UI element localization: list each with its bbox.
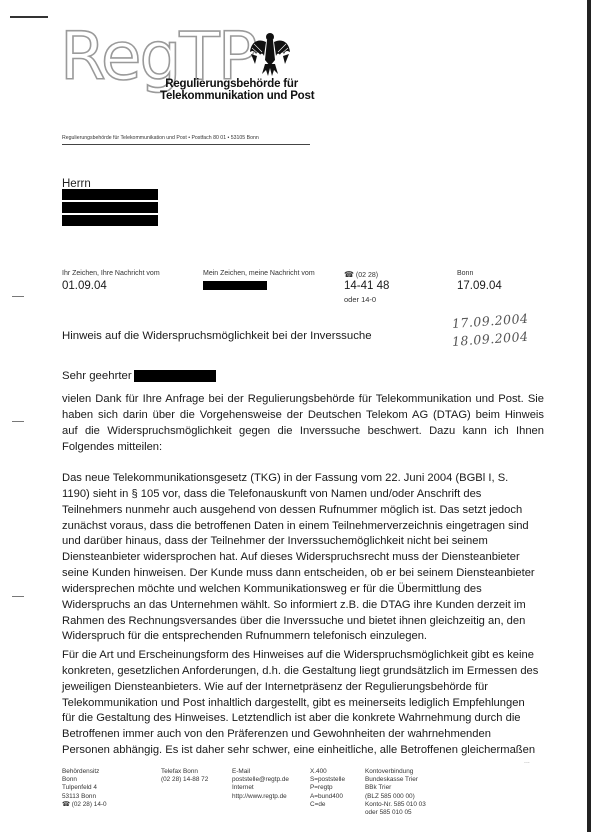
footer-line: http://www.regtp.de <box>232 793 289 801</box>
telephone-icon: ☎ <box>344 270 354 279</box>
footer-line: 53113 Bonn <box>62 793 107 801</box>
text-line: Rahmen des Rechnungsversandes über die I… <box>62 614 544 630</box>
your-reference-value: 01.09.04 <box>62 280 107 292</box>
body-paragraph-3: Für die Art und Erscheinungsform des Hin… <box>62 648 544 759</box>
footer-line: ☎ (02 28) 14-0 <box>62 801 107 809</box>
footer-column-office: BehördensitzBonnTulpenfeld 453113 Bonn☎ … <box>62 768 107 809</box>
footer-line: (BLZ 585 000 00) <box>365 793 426 801</box>
agency-name: Regulierungsbehörde für Telekommunikatio… <box>160 78 298 102</box>
federal-eagle-icon <box>248 30 292 80</box>
body-paragraph-2: Das neue Telekommunikationsgesetz (TKG) … <box>62 471 544 645</box>
footer-line: P=regtp <box>310 784 345 792</box>
text-line: widersprechen möchte und welchen Kommuni… <box>62 582 544 598</box>
text-line: auf die Widerspruchsmöglichkeit gegen di… <box>62 424 544 440</box>
fold-mark <box>12 296 24 297</box>
text-line: 1190) sieht in § 105 vor, dass die Telef… <box>62 487 544 503</box>
handwritten-date: 17.09.2004 <box>451 311 528 331</box>
text-line: jeweiligen Diensteanbieters. Wie auf der… <box>62 680 544 696</box>
handwritten-date: 18.09.2004 <box>451 329 528 349</box>
footer-line: Bundeskasse Trier <box>365 776 426 784</box>
footer-line: Behördensitz <box>62 768 107 776</box>
text-line: konkreten, gesetzlichen Anforderungen, d… <box>62 664 544 680</box>
footer-line: (02 28) 14-88 72 <box>161 776 208 784</box>
text-line: Widerspruch für die entsprechenden Rufnu… <box>62 629 544 645</box>
footer-line: Telefax Bonn <box>161 768 208 776</box>
text-line: Folgendes mitteilen: <box>62 440 544 456</box>
body-paragraph-1: vielen Dank für Ihre Anfrage bei der Reg… <box>62 392 544 455</box>
footer-line: oder 585 010 05 <box>365 809 426 817</box>
footer-line: BBk Trier <box>365 784 426 792</box>
text-line: Für die Art und Erscheinungsform des Hin… <box>62 648 544 664</box>
fold-mark <box>12 596 24 597</box>
redacted-my-reference <box>203 281 267 290</box>
sender-return-address: Regulierungsbehörde für Telekommunikatio… <box>62 135 310 145</box>
text-line: Betroffenen immer auch von den Präferenz… <box>62 727 544 743</box>
scan-mark <box>10 16 48 18</box>
redacted-address-line <box>62 202 158 213</box>
text-line: für die Gestaltung des Hinweises. Letzte… <box>62 711 544 727</box>
text-line: Telekommunikation und Post inhaltlich da… <box>62 696 544 712</box>
phone-extension: 14-41 48 <box>344 280 389 292</box>
footer-line: S=poststelle <box>310 776 345 784</box>
footer-line: Bonn <box>62 776 107 784</box>
redacted-address-line <box>62 189 158 200</box>
text-line: und darüber hinaus, dass der Teilnehmer … <box>62 534 544 550</box>
footer-line: Konto-Nr. 585 010 03 <box>365 801 426 809</box>
footer-column-email: E-Mailpoststelle@regtp.deInternethttp://… <box>232 768 289 801</box>
text-line: zunächst voraus, dass die betroffenen Da… <box>62 519 544 535</box>
redacted-recipient-name <box>134 370 216 382</box>
your-reference-label: Ihr Zeichen, Ihre Nachricht vom <box>62 270 160 277</box>
footer-column-x400: X.400S=poststelleP=regtpA=bund400C=de <box>310 768 345 809</box>
phone-alternative: oder 14-0 <box>344 295 376 304</box>
footer-line: E-Mail <box>232 768 289 776</box>
place-label: Bonn <box>457 270 473 277</box>
agency-name-line: Telekommunikation und Post <box>160 90 298 102</box>
text-line: seine Kunden hinweisen. Der Kunde muss d… <box>62 566 544 582</box>
phone-label: ☎ (02 28) <box>344 270 378 279</box>
text-line: haben sich darin über die Vorgehensweise… <box>62 408 544 424</box>
agency-name-line: Regulierungsbehörde für <box>160 78 298 90</box>
text-line: Das neue Telekommunikationsgesetz (TKG) … <box>62 471 544 487</box>
footer-column-bank: KontoverbindungBundeskasse TrierBBk Trie… <box>365 768 426 817</box>
hole-punch-mark <box>12 421 24 422</box>
letter-subject: Hinweis auf die Widerspruchsmöglichkeit … <box>62 330 372 342</box>
footer-line: Internet <box>232 784 289 792</box>
redacted-address-line <box>62 215 158 226</box>
footer-line: Tulpenfeld 4 <box>62 784 107 792</box>
letter-date: 17.09.04 <box>457 280 502 292</box>
continuation-mark: ... <box>524 758 530 765</box>
text-line: Diensteanbieter widersprochen hat. Auf d… <box>62 550 544 566</box>
greeting: Sehr geehrter <box>62 370 132 382</box>
footer-line: X.400 <box>310 768 345 776</box>
footer-line: C=de <box>310 801 345 809</box>
text-line: Teilnehmers nunmehr auch ausgehend von d… <box>62 503 544 519</box>
page-edge <box>587 0 591 832</box>
text-line: Personen abhängig. Es ist daher sehr sch… <box>62 743 544 759</box>
footer-line: poststelle@regtp.de <box>232 776 289 784</box>
text-line: vielen Dank für Ihre Anfrage bei der Reg… <box>62 392 544 408</box>
footer-column-fax: Telefax Bonn(02 28) 14-88 72 <box>161 768 208 784</box>
my-reference-label: Mein Zeichen, meine Nachricht vom <box>203 270 315 277</box>
footer-line: Kontoverbindung <box>365 768 426 776</box>
text-line: Widerspruchs an das Unternehmen wählt. S… <box>62 598 544 614</box>
footer-line: A=bund400 <box>310 793 345 801</box>
phone-area-code: (02 28) <box>356 272 378 279</box>
